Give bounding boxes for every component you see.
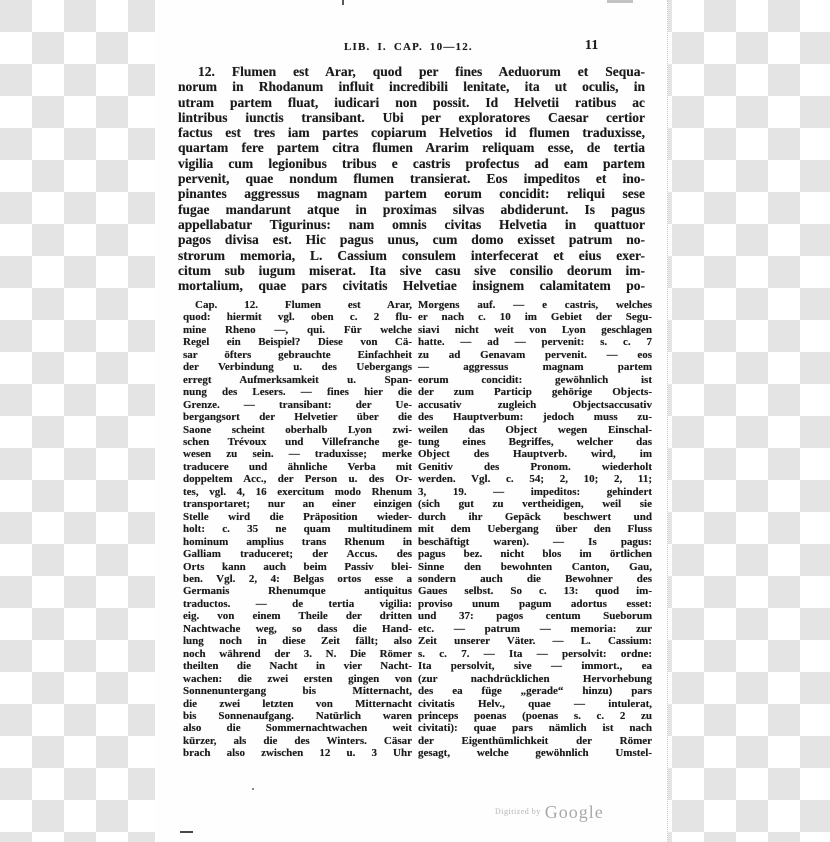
text-line: Orts kann auch beim Passiv blei-	[183, 561, 412, 573]
commentary-left-column: Cap. 12. Flumen est Arar,quod: hiermit v…	[183, 299, 412, 760]
digitized-by-label: Digitized by	[495, 807, 541, 816]
text-line: erregt Aufmerksamkeit u. Span-	[183, 374, 412, 386]
text-line: tes, vgl. 4, 16 exercitum modo Rhenum	[183, 486, 412, 498]
text-line: pagos divisa est. Hic pagus unus, cum do…	[178, 232, 645, 247]
text-line: Regel ein Beispiel? Diese von Cä-	[183, 336, 412, 348]
text-line: wachen: die zwei ersten gingen von	[183, 673, 412, 685]
text-line: — aggressus magnam partem	[418, 361, 652, 373]
text-line: durch ihr Gepäck beschwert und	[418, 511, 652, 523]
text-line: Genitiv des Pronom. wiederholt	[418, 461, 652, 473]
text-line: proviso unum pagum adortus esset:	[418, 598, 652, 610]
text-line: (sich gut zu vertheidigen, weil sie	[418, 498, 652, 510]
text-line: beschäftigt waren). — Is pagus:	[418, 536, 652, 548]
text-line: Cap. 12. Flumen est Arar,	[183, 299, 412, 311]
text-line: die zwei letzten von Mitternacht	[183, 698, 412, 710]
text-line: also die Sommernachtwachen weit	[183, 722, 412, 734]
text-line: utram partem fluat, iudicari non possit.…	[178, 95, 645, 110]
text-line: (zur nachdrücklichen Hervorhebung	[418, 673, 652, 685]
text-line: Nachtwache weg, so dass die Hand-	[183, 623, 412, 635]
text-line: kürzer, als die des Winters. Cäsar	[183, 735, 412, 747]
text-line: er nach c. 10 im Gebiet der Segu-	[418, 311, 652, 323]
text-line: gesagt, welche gewöhnlich Umstel-	[418, 747, 652, 759]
text-line: 3, 19. — impeditos: gehindert	[418, 486, 652, 498]
scan-artifact	[342, 0, 344, 5]
text-line: werden. Vgl. c. 54; 2, 10; 2, 11;	[418, 473, 652, 485]
text-line: sar öfters gebrauchte Einfachheit	[183, 349, 412, 361]
text-line: nung des Lesers. — fines hier die	[183, 386, 412, 398]
text-line: schen Trévoux und Villefranche ge-	[183, 436, 412, 448]
text-line: citum sub iugum miserat. Ita sive casu s…	[178, 263, 645, 278]
text-line: Stelle wird die Präposition wieder-	[183, 511, 412, 523]
commentary-right-column: Morgens auf. — e castris, welcheser nach…	[418, 299, 652, 760]
text-line: s. c. 7. — Ita — persolvit: ordne:	[418, 648, 652, 660]
text-line: der zum Particip gehörige Objects-	[418, 386, 652, 398]
text-line: civitatis Helv., quae — intulerat,	[418, 698, 652, 710]
transparency-checkerboard: LIB. I. CAP. 10—12. 11 12. Flumen est Ar…	[0, 0, 830, 842]
text-line: vigilia cum legionibus tribus e castris …	[178, 156, 645, 171]
text-line: pinantes aggressus magnam partem eorum c…	[178, 186, 645, 201]
text-line: traducere und ähnliche Verba mit	[183, 461, 412, 473]
running-head: LIB. I. CAP. 10—12.	[344, 41, 473, 53]
text-line: quod: hiermit vgl. oben c. 2 flu-	[183, 311, 412, 323]
text-line: holt: c. 35 ne quam multitudinem	[183, 523, 412, 535]
text-line: eig. von einem Theile der dritten	[183, 610, 412, 622]
google-watermark: Digitized by Google	[495, 802, 604, 823]
text-line: bis Sonnenaufgang. Natürlich waren	[183, 710, 412, 722]
text-line: siavi nicht weit von Lyon geschlagen	[418, 324, 652, 336]
text-line: Grenze. — transibant: der Ue-	[183, 399, 412, 411]
text-line: civitati): quae pars nämlich ist nach	[418, 722, 652, 734]
text-line: Object des Hauptverb. wird, im	[418, 448, 652, 460]
text-line: etc. — patrum — memoria: zur	[418, 623, 652, 635]
text-line: factus est tres iam partes copiarum Helv…	[178, 125, 645, 140]
text-line: weilen das Object wegen Einschal-	[418, 424, 652, 436]
text-line: pagus bez. nicht blos im örtlichen	[418, 548, 652, 560]
text-line: theilten die Nacht in vier Nacht-	[183, 660, 412, 672]
text-line: Galliam traduceret; der Accus. des	[183, 548, 412, 560]
text-line: fugae mandarunt atque in proximas silvas…	[178, 202, 645, 217]
text-line: Sonnenuntergang bis Mitternacht,	[183, 685, 412, 697]
text-line: der Verbindung u. des Uebergangs	[183, 361, 412, 373]
scan-artifact	[180, 831, 193, 833]
text-line: des Hauptverbum: jedoch muss zu-	[418, 411, 652, 423]
text-line: hatte. — ad — pervenit: s. c. 7	[418, 336, 652, 348]
text-line: noch während der 3. N. Die Römer	[183, 648, 412, 660]
text-line: Morgens auf. — e castris, welches	[418, 299, 652, 311]
text-line: Germanis Rhenumque antiquitus	[183, 585, 412, 597]
text-line: Ita persolvit, sive — immort., ea	[418, 660, 652, 672]
text-line: Sinne den bewohnten Canton, Gau,	[418, 561, 652, 573]
book-page: LIB. I. CAP. 10—12. 11 12. Flumen est Ar…	[155, 0, 668, 842]
text-line: pervenit, quae nondum flumen transierat.…	[178, 171, 645, 186]
text-line: sondern auch die Bewohner des	[418, 573, 652, 585]
text-line: lung noch in diese Zeit fällt; also	[183, 635, 412, 647]
commentary-section: Cap. 12. Flumen est Arar,quod: hiermit v…	[183, 299, 652, 760]
scan-artifact	[607, 0, 633, 3]
text-line: brach also zwischen 12 u. 3 Uhr	[183, 747, 412, 759]
page-number: 11	[585, 37, 599, 53]
text-line: bergangsort der Helvetier über die	[183, 411, 412, 423]
text-line: zu ad Genavam pervenit. — eos	[418, 349, 652, 361]
text-line: mine Rheno —, qui. Für welche	[183, 324, 412, 336]
text-line: Zeit unserer Väter. — L. Cassium:	[418, 635, 652, 647]
text-line: traductos. — de tertia vigilia:	[183, 598, 412, 610]
text-line: tung eines Begriffes, welcher das	[418, 436, 652, 448]
google-logo: Google	[545, 802, 604, 822]
text-line: transportaret; nur an einer einzigen	[183, 498, 412, 510]
text-line: strorum memoria, L. Cassium consulem int…	[178, 248, 645, 263]
text-line: accusativ zugleich Objectsaccusativ	[418, 399, 652, 411]
text-line: 12. Flumen est Arar, quod per fines Aedu…	[178, 64, 645, 79]
text-line: norum in Rhodanum influit incredibili le…	[178, 79, 645, 94]
text-line: appellabatur Tigurinus: nam omnis civita…	[178, 217, 645, 232]
text-line: und 37: pagos centum Sueborum	[418, 610, 652, 622]
text-line: mortalium, quae pars civitatis Helvetiae…	[178, 278, 645, 293]
main-latin-text: 12. Flumen est Arar, quod per fines Aedu…	[178, 64, 645, 293]
text-line: Saone scheint oberhalb Lyon zwi-	[183, 424, 412, 436]
text-line: quartam fere partem citra flumen Ararim …	[178, 140, 645, 155]
text-line: mit dem Uebergang über den Fluss	[418, 523, 652, 535]
text-line: princeps poenas (poenas s. c. 2 zu	[418, 710, 652, 722]
text-line: eorum concidit: gewöhnlich ist	[418, 374, 652, 386]
text-line: Gaues selbst. So c. 13: quod im-	[418, 585, 652, 597]
text-line: des ea füge „gerade“ hinzu) pars	[418, 685, 652, 697]
text-line: hominum amplius trans Rhenum in	[183, 536, 412, 548]
scan-artifact	[252, 788, 254, 790]
text-line: doppeltem Acc., der Person u. des Or-	[183, 473, 412, 485]
text-line: der Eigenthümlichkeit der Römer	[418, 735, 652, 747]
text-line: wesen zu sein. — traduxisse; merke	[183, 448, 412, 460]
text-line: ben. Vgl. 2, 4: Belgas ortos esse a	[183, 573, 412, 585]
text-line: lintribus iunctis transibant. Ubi per ex…	[178, 110, 645, 125]
